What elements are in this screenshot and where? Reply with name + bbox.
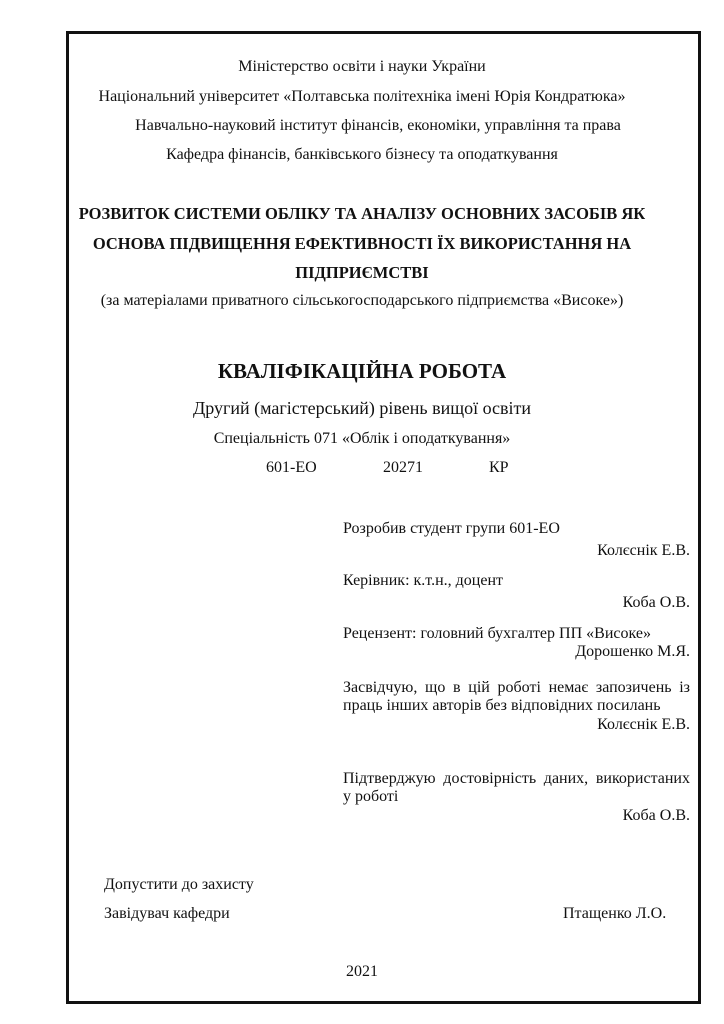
work-code: КР	[489, 459, 509, 477]
year: 2021	[0, 963, 724, 981]
thesis-title-line-3: ПІДПРИЄМСТВІ	[0, 263, 724, 283]
university-name: Національний університет «Полтавська пол…	[0, 88, 724, 106]
signature-block-supervisor: Керівник: к.т.н., доцент Коба О.В.	[343, 572, 690, 612]
signature-name: Колєснік Е.В.	[343, 542, 690, 560]
signature-block-originality: Засвідчую, що в цій роботі немає запозич…	[343, 679, 690, 734]
signature-label: Засвідчую, що в цій роботі немає запозич…	[343, 679, 690, 715]
education-level: Другий (магістерський) рівень вищої осві…	[0, 398, 724, 419]
work-type-heading: КВАЛІФІКАЦІЙНА РОБОТА	[0, 359, 724, 384]
institute-name: Навчально-науковий інститут фінансів, ек…	[16, 117, 724, 135]
thesis-subtitle: (за матеріалами приватного сільськогоспо…	[0, 292, 724, 310]
signature-block-reviewer: Рецензент: головний бухгалтер ПП «Високе…	[343, 625, 690, 661]
signature-block-data-confirmation: Підтверджую достовірність даних, викорис…	[343, 770, 690, 825]
signature-name: Колєснік Е.В.	[343, 716, 690, 734]
signature-label: Розробив студент групи 601-ЕО	[343, 520, 690, 538]
page-border-frame	[66, 31, 701, 1004]
signature-label: Керівник: к.т.н., доцент	[343, 572, 690, 590]
thesis-title-line-2: ОСНОВА ПІДВИЩЕННЯ ЕФЕКТИВНОСТІ ЇХ ВИКОРИ…	[0, 234, 724, 254]
head-of-department-label: Завідувач кафедри	[104, 905, 230, 923]
signature-name: Дорошенко М.Я.	[343, 643, 690, 661]
admit-to-defense: Допустити до захисту	[104, 876, 254, 894]
signature-name: Коба О.В.	[343, 807, 690, 825]
head-of-department-name: Птащенко Л.О.	[563, 905, 666, 923]
department-name: Кафедра фінансів, банківського бізнесу т…	[0, 146, 724, 164]
record-number: 20271	[383, 459, 423, 477]
specialty: Спеціальність 071 «Облік і оподаткування…	[0, 430, 724, 448]
group-code: 601-ЕО	[266, 459, 317, 477]
signature-label: Рецензент: головний бухгалтер ПП «Високе…	[343, 625, 690, 643]
ministry-name: Міністерство освіти і науки України	[0, 58, 724, 76]
signature-name: Коба О.В.	[343, 594, 690, 612]
signature-block-student: Розробив студент групи 601-ЕО Колєснік Е…	[343, 520, 690, 560]
signature-label: Підтверджую достовірність даних, викорис…	[343, 770, 690, 806]
thesis-title-line-1: РОЗВИТОК СИСТЕМИ ОБЛІКУ ТА АНАЛІЗУ ОСНОВ…	[0, 204, 724, 224]
